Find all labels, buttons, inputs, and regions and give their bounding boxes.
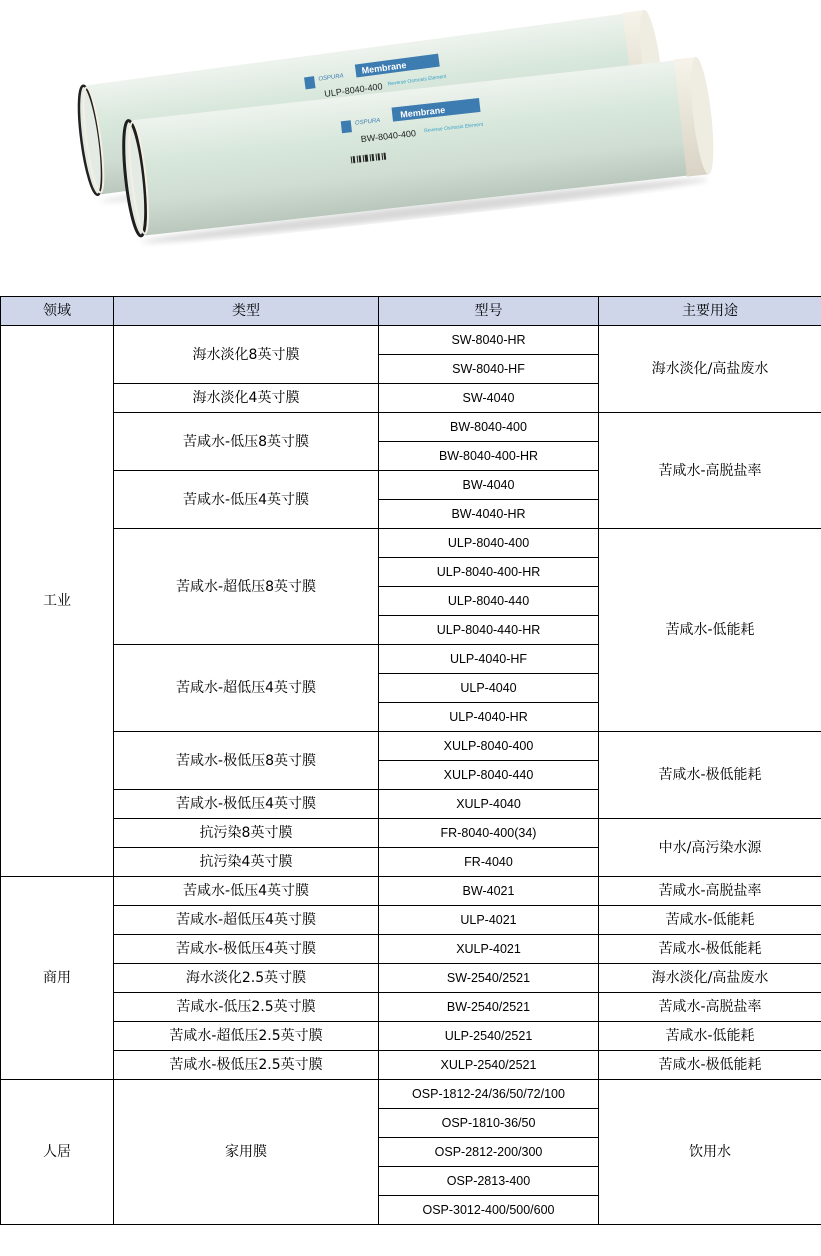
model-cell: ULP-4021 [379, 906, 599, 935]
table-row: 苦咸水-超低压4英寸膜 ULP-4021 苦咸水-低能耗 [1, 906, 821, 935]
model-cell: FR-4040 [379, 848, 599, 877]
model-cell: XULP-8040-440 [379, 761, 599, 790]
use-cell: 苦咸水-高脱盐率 [599, 993, 821, 1022]
model-cell: ULP-8040-400 [379, 529, 599, 558]
model-cell: ULP-4040-HR [379, 703, 599, 732]
type-cell: 苦咸水-超低压4英寸膜 [114, 906, 379, 935]
model-cell: BW-8040-400-HR [379, 442, 599, 471]
header-type: 类型 [114, 297, 379, 326]
type-cell: 苦咸水-低压4英寸膜 [114, 471, 379, 529]
type-cell: 苦咸水-超低压4英寸膜 [114, 645, 379, 732]
model-cell: BW-4040-HR [379, 500, 599, 529]
header-main-use: 主要用途 [599, 297, 821, 326]
table-row: 苦咸水-极低压4英寸膜 XULP-4021 苦咸水-极低能耗 [1, 935, 821, 964]
model-cell: SW-4040 [379, 384, 599, 413]
product-image: OSPURA Membrane ULP-8040-400 Reverse Osm… [0, 0, 821, 296]
type-cell: 家用膜 [114, 1080, 379, 1225]
model-cell: ULP-8040-440 [379, 587, 599, 616]
domain-cell: 工业 [1, 326, 114, 877]
model-cell: FR-8040-400(34) [379, 819, 599, 848]
use-cell: 苦咸水-高脱盐率 [599, 413, 821, 529]
type-cell: 苦咸水-低压4英寸膜 [114, 877, 379, 906]
table-row: 苦咸水-极低压8英寸膜 XULP-8040-400 苦咸水-极低能耗 [1, 732, 821, 761]
membrane-spec-table: 领域 类型 型号 主要用途 工业 海水淡化8英寸膜 SW-8040-HR 海水淡… [0, 296, 821, 1225]
table-row: 抗污染8英寸膜 FR-8040-400(34) 中水/高污染水源 [1, 819, 821, 848]
type-cell: 苦咸水-极低压2.5英寸膜 [114, 1051, 379, 1080]
type-cell: 苦咸水-低压8英寸膜 [114, 413, 379, 471]
type-cell: 海水淡化2.5英寸膜 [114, 964, 379, 993]
type-cell: 苦咸水-低压2.5英寸膜 [114, 993, 379, 1022]
model-cell: OSP-2813-400 [379, 1167, 599, 1196]
type-cell: 苦咸水-极低压8英寸膜 [114, 732, 379, 790]
type-cell: 苦咸水-极低压4英寸膜 [114, 935, 379, 964]
type-cell: 抗污染4英寸膜 [114, 848, 379, 877]
model-cell: OSP-1812-24/36/50/72/100 [379, 1080, 599, 1109]
use-cell: 苦咸水-极低能耗 [599, 732, 821, 819]
domain-cell: 商用 [1, 877, 114, 1080]
type-cell: 苦咸水-超低压2.5英寸膜 [114, 1022, 379, 1051]
use-cell: 苦咸水-极低能耗 [599, 935, 821, 964]
model-cell: ULP-2540/2521 [379, 1022, 599, 1051]
membrane-elements-illustration: OSPURA Membrane ULP-8040-400 Reverse Osm… [0, 0, 821, 296]
use-cell: 中水/高污染水源 [599, 819, 821, 877]
table-row: 苦咸水-极低压2.5英寸膜 XULP-2540/2521 苦咸水-极低能耗 [1, 1051, 821, 1080]
use-cell: 苦咸水-低能耗 [599, 529, 821, 732]
model-cell: ULP-4040 [379, 674, 599, 703]
header-domain: 领域 [1, 297, 114, 326]
use-cell: 苦咸水-极低能耗 [599, 1051, 821, 1080]
table-row: 苦咸水-超低压2.5英寸膜 ULP-2540/2521 苦咸水-低能耗 [1, 1022, 821, 1051]
use-cell: 海水淡化/高盐废水 [599, 964, 821, 993]
model-cell: BW-2540/2521 [379, 993, 599, 1022]
model-cell: SW-8040-HF [379, 355, 599, 384]
model-cell: BW-8040-400 [379, 413, 599, 442]
model-cell: OSP-3012-400/500/600 [379, 1196, 599, 1225]
model-cell: XULP-4021 [379, 935, 599, 964]
use-cell: 饮用水 [599, 1080, 821, 1225]
use-cell: 苦咸水-低能耗 [599, 1022, 821, 1051]
type-cell: 海水淡化4英寸膜 [114, 384, 379, 413]
model-cell: XULP-4040 [379, 790, 599, 819]
table-row: 苦咸水-超低压8英寸膜 ULP-8040-400 苦咸水-低能耗 [1, 529, 821, 558]
model-cell: BW-4040 [379, 471, 599, 500]
model-cell: BW-4021 [379, 877, 599, 906]
use-cell: 海水淡化/高盐废水 [599, 326, 821, 413]
model-cell: ULP-4040-HF [379, 645, 599, 674]
type-cell: 抗污染8英寸膜 [114, 819, 379, 848]
type-cell: 海水淡化8英寸膜 [114, 326, 379, 384]
model-cell: XULP-2540/2521 [379, 1051, 599, 1080]
model-cell: ULP-8040-440-HR [379, 616, 599, 645]
model-cell: XULP-8040-400 [379, 732, 599, 761]
model-cell: OSP-1810-36/50 [379, 1109, 599, 1138]
model-cell: SW-8040-HR [379, 326, 599, 355]
domain-cell: 人居 [1, 1080, 114, 1225]
type-cell: 苦咸水-极低压4英寸膜 [114, 790, 379, 819]
use-cell: 苦咸水-低能耗 [599, 906, 821, 935]
model-cell: OSP-2812-200/300 [379, 1138, 599, 1167]
table-row: 海水淡化2.5英寸膜 SW-2540/2521 海水淡化/高盐废水 [1, 964, 821, 993]
table-row: 人居 家用膜 OSP-1812-24/36/50/72/100 饮用水 [1, 1080, 821, 1109]
type-cell: 苦咸水-超低压8英寸膜 [114, 529, 379, 645]
model-cell: ULP-8040-400-HR [379, 558, 599, 587]
table-row: 苦咸水-低压2.5英寸膜 BW-2540/2521 苦咸水-高脱盐率 [1, 993, 821, 1022]
table-row: 工业 海水淡化8英寸膜 SW-8040-HR 海水淡化/高盐废水 [1, 326, 821, 355]
table-row: 商用 苦咸水-低压4英寸膜 BW-4021 苦咸水-高脱盐率 [1, 877, 821, 906]
header-model: 型号 [379, 297, 599, 326]
table-header-row: 领域 类型 型号 主要用途 [1, 297, 821, 326]
use-cell: 苦咸水-高脱盐率 [599, 877, 821, 906]
model-cell: SW-2540/2521 [379, 964, 599, 993]
table-row: 苦咸水-低压8英寸膜 BW-8040-400 苦咸水-高脱盐率 [1, 413, 821, 442]
